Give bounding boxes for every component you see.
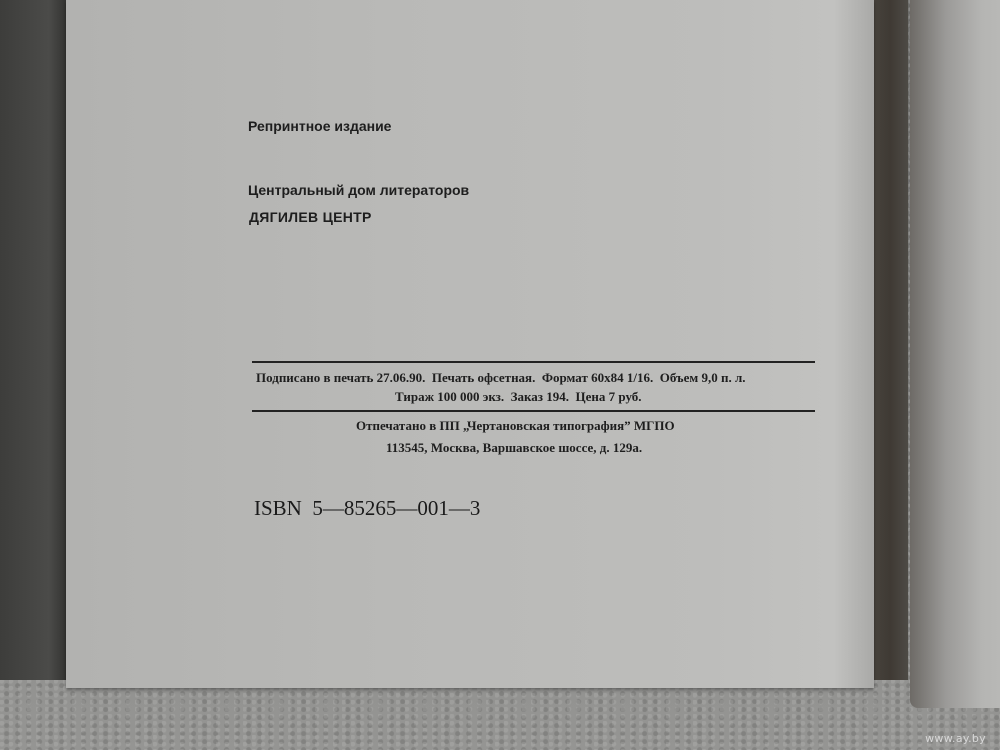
print-info-line-1: Подписано в печать 27.06.90. Печать офсе… (256, 370, 746, 386)
right-page-edge (910, 0, 1000, 708)
printer-line-1: Отпечатано в ПП „Чертановская типография… (356, 418, 675, 434)
top-rule (252, 361, 815, 363)
printer-line-2: 113545, Москва, Варшавское шоссе, д. 129… (386, 440, 642, 456)
isbn: ISBN 5—85265—001—3 (254, 496, 480, 521)
left-shadow (0, 0, 70, 680)
book-page (66, 0, 874, 688)
print-info-line-2: Тираж 100 000 экз. Заказ 194. Цена 7 руб… (395, 389, 642, 405)
publisher-name: Центральный дом литераторов (248, 182, 469, 198)
bottom-rule (252, 410, 815, 412)
reprint-label: Репринтное издание (248, 118, 391, 134)
watermark: www.ay.by (925, 732, 986, 745)
publisher-name-2: ДЯГИЛЕВ ЦЕНТР (249, 209, 372, 225)
